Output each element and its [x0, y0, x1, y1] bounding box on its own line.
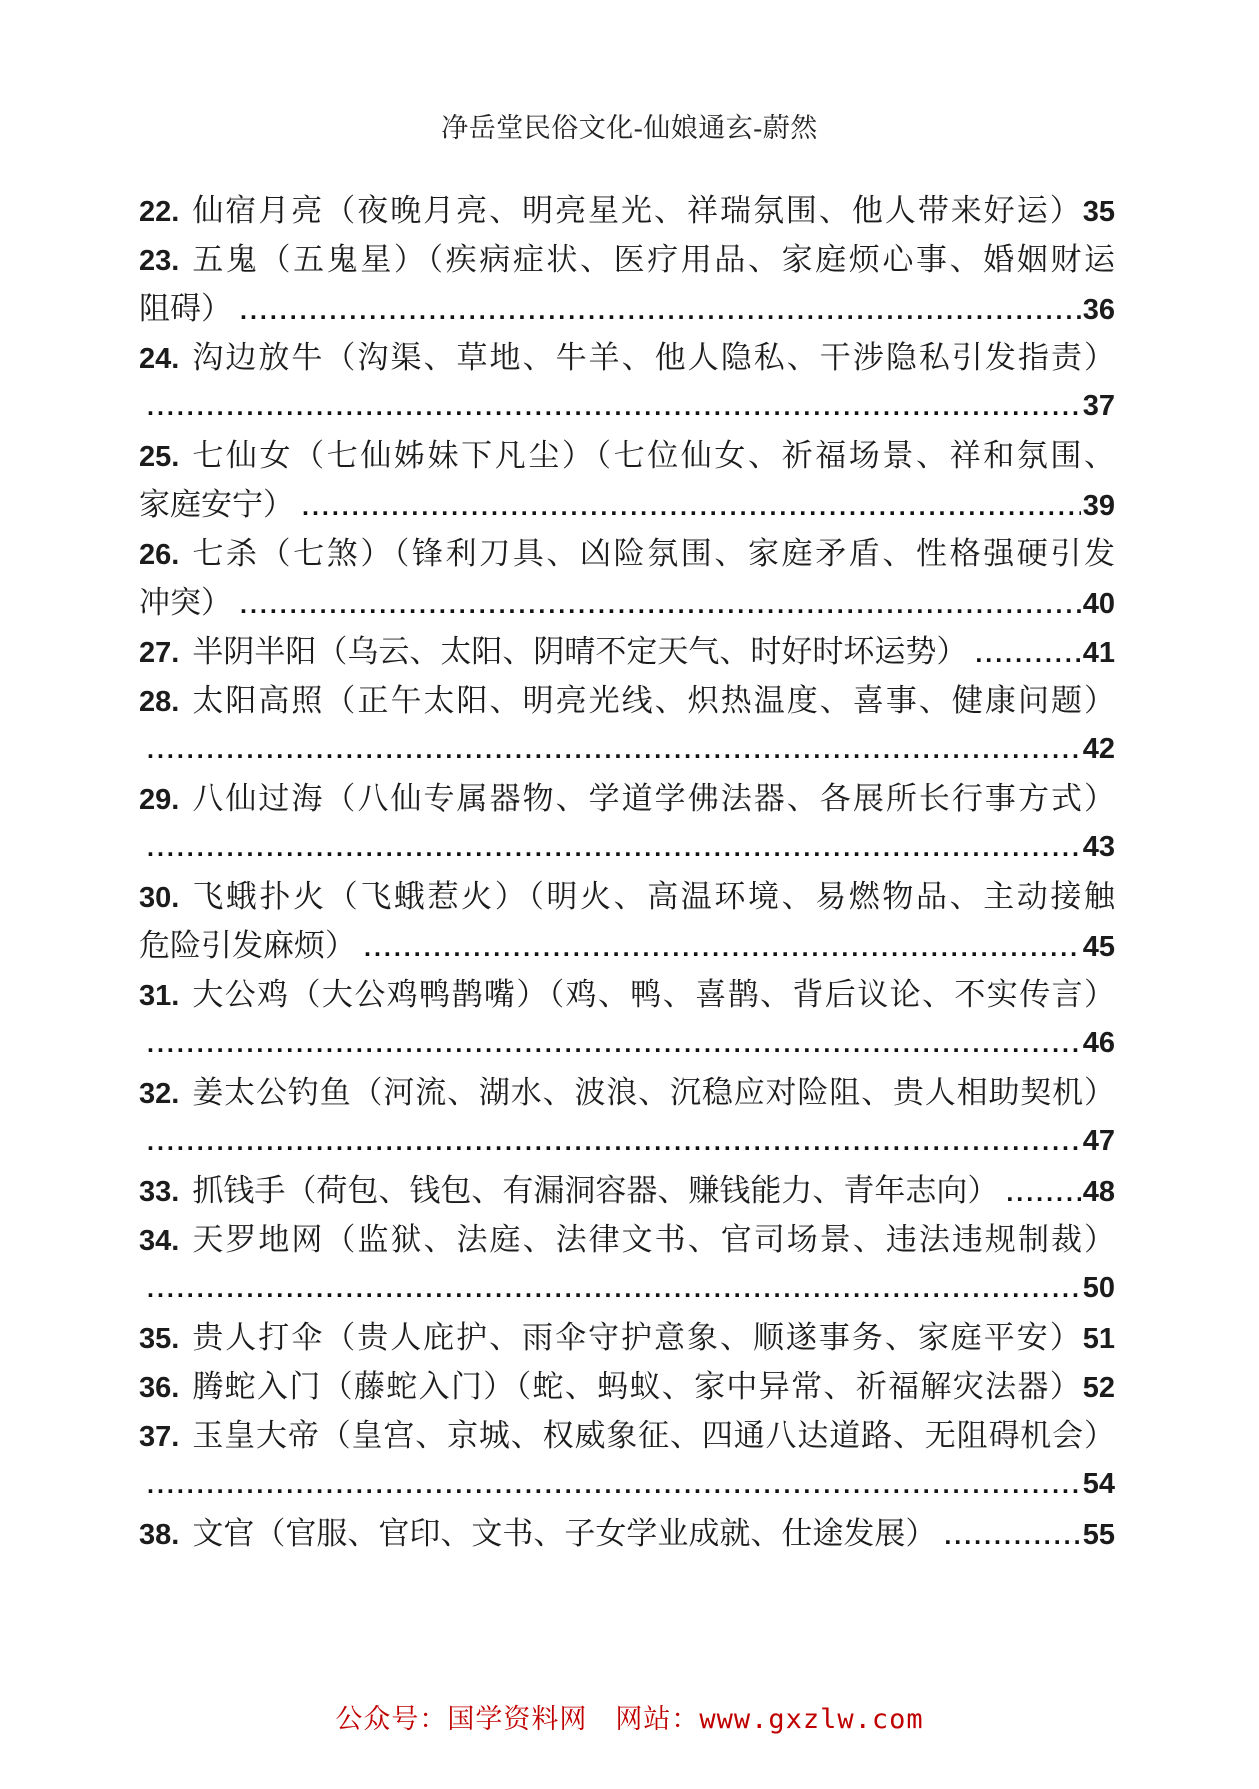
- toc-entry-title: 阻碍）: [139, 284, 232, 333]
- dot-leader: ........................................…: [139, 1265, 1081, 1314]
- toc-entry-number: 24.: [139, 335, 179, 384]
- toc-entry-title: 七杀（七煞）（锋利刀具、凶险氛围、家庭矛盾、性格强硬引发: [192, 529, 1115, 578]
- toc-page-number: 55: [1083, 1511, 1115, 1560]
- toc-line: 24. 沟边放牛（沟渠、草地、牛羊、他人隐私、干涉隐私引发指责）: [139, 333, 1115, 382]
- toc-entry-number: 33.: [139, 1168, 179, 1217]
- toc-entry-title: 冲突）: [139, 578, 232, 627]
- toc-entry-number: 31.: [139, 972, 179, 1021]
- toc-entry-title: 五鬼（五鬼星）（疾病症状、医疗用品、家庭烦心事、婚姻财运: [192, 235, 1115, 284]
- toc-line: 冲突） ....................................…: [139, 578, 1115, 627]
- toc-page-number: 48: [1083, 1168, 1115, 1217]
- toc-entry-number: 25.: [139, 433, 179, 482]
- toc-line: 35. 贵人打伞（贵人庇护、雨伞守护意象、顺遂事务、家庭平安） 51: [139, 1313, 1115, 1362]
- dot-leader: ........................................…: [139, 1118, 1081, 1167]
- toc-entry-title: 仙宿月亮（夜晚月亮、明亮星光、祥瑞氛围、他人带来好运）: [192, 186, 1080, 235]
- toc-line: ........................................…: [139, 382, 1115, 431]
- toc-entry-number: 27.: [139, 629, 179, 678]
- toc-line: 27. 半阴半阳（乌云、太阳、阴晴不定天气、时好时坏运势） ..........…: [139, 627, 1115, 676]
- toc-line: 34. 天罗地网（监狱、法庭、法律文书、官司场景、违法违规制裁）: [139, 1215, 1115, 1264]
- toc-line: ........................................…: [139, 1460, 1115, 1509]
- toc-entry-title: 大公鸡（大公鸡鸭鹊嘴）（鸡、鸭、喜鹊、背后议论、不实传言）: [192, 970, 1115, 1019]
- dot-leader: ........................................…: [232, 581, 1081, 630]
- toc-entry-title: 八仙过海（八仙专属器物、学道学佛法器、各展所长行事方式）: [192, 774, 1115, 823]
- dot-leader: ........................................…: [998, 1169, 1080, 1218]
- toc-page-number: 43: [1083, 823, 1115, 872]
- toc-entry-number: 23.: [139, 237, 179, 286]
- toc-entry-title: 姜太公钓鱼（河流、湖水、波浪、沉稳应对险阻、贵人相助契机）: [192, 1068, 1115, 1117]
- toc-line: ........................................…: [139, 725, 1115, 774]
- toc-line: 31. 大公鸡（大公鸡鸭鹊嘴）（鸡、鸭、喜鹊、背后议论、不实传言）: [139, 970, 1115, 1019]
- dot-leader: ........................................…: [139, 383, 1081, 432]
- toc-page-number: 46: [1083, 1019, 1115, 1068]
- toc-page-number: 51: [1083, 1315, 1115, 1364]
- toc-entry-title: 腾蛇入门（藤蛇入门）（蛇、蚂蚁、家中异常、祈福解灾法器）: [192, 1362, 1080, 1411]
- toc-entry-title: 危险引发麻烦）: [139, 921, 356, 970]
- dot-leader: ........................................…: [356, 924, 1081, 973]
- toc-entry-title: 抓钱手（荷包、钱包、有漏洞容器、赚钱能力、青年志向）: [192, 1166, 998, 1215]
- toc-line: 26. 七杀（七煞）（锋利刀具、凶险氛围、家庭矛盾、性格强硬引发: [139, 529, 1115, 578]
- toc-entry-number: 22.: [139, 188, 179, 237]
- toc-entry-number: 30.: [139, 874, 179, 923]
- toc-entry-title: 天罗地网（监狱、法庭、法律文书、官司场景、违法违规制裁）: [192, 1215, 1115, 1264]
- dot-leader: ........................................…: [139, 726, 1081, 775]
- toc-entry-title: 家庭安宁）: [139, 480, 294, 529]
- dot-leader: ........................................…: [967, 630, 1080, 679]
- toc-line: ........................................…: [139, 1019, 1115, 1068]
- dot-leader: ........................................…: [139, 824, 1081, 873]
- toc-line: 33. 抓钱手（荷包、钱包、有漏洞容器、赚钱能力、青年志向） .........…: [139, 1166, 1115, 1215]
- toc-line: 36. 腾蛇入门（藤蛇入门）（蛇、蚂蚁、家中异常、祈福解灾法器） 52: [139, 1362, 1115, 1411]
- toc-page-number: 40: [1083, 580, 1115, 629]
- toc-line: 38. 文官（官服、官印、文书、子女学业成就、仕途发展） ...........…: [139, 1509, 1115, 1558]
- footer-watermark: 公众号：国学资料网 网站：www.gxzlw.com: [0, 1697, 1259, 1736]
- toc-entry-number: 29.: [139, 776, 179, 825]
- toc-entry-title: 文官（官服、官印、文书、子女学业成就、仕途发展）: [192, 1509, 936, 1558]
- toc-entry-number: 36.: [139, 1364, 179, 1413]
- dot-leader: ........................................…: [232, 287, 1081, 336]
- toc-line: 32. 姜太公钓鱼（河流、湖水、波浪、沉稳应对险阻、贵人相助契机）: [139, 1068, 1115, 1117]
- toc-entry-title: 玉皇大帝（皇宫、京城、权威象征、四通八达道路、无阻碍机会）: [192, 1411, 1115, 1460]
- toc-entry-number: 28.: [139, 678, 179, 727]
- toc-page-number: 41: [1083, 629, 1115, 678]
- toc-page-number: 50: [1083, 1264, 1115, 1313]
- toc-line: ........................................…: [139, 1264, 1115, 1313]
- toc-entry-number: 38.: [139, 1511, 179, 1560]
- toc-line: 37. 玉皇大帝（皇宫、京城、权威象征、四通八达道路、无阻碍机会）: [139, 1411, 1115, 1460]
- toc-page-number: 47: [1083, 1117, 1115, 1166]
- toc-entry-title: 七仙女（七仙姊妹下凡尘）（七位仙女、祈福场景、祥和氛围、: [192, 431, 1115, 480]
- toc-page-number: 54: [1083, 1460, 1115, 1509]
- toc-line: ........................................…: [139, 823, 1115, 872]
- toc-line: 危险引发麻烦） ................................…: [139, 921, 1115, 970]
- toc-entry-number: 26.: [139, 531, 179, 580]
- toc-entry-number: 34.: [139, 1217, 179, 1266]
- toc-page-number: 42: [1083, 725, 1115, 774]
- toc-page-number: 39: [1083, 482, 1115, 531]
- dot-leader: ........................................…: [139, 1020, 1081, 1069]
- page-title: 净岳堂民俗文化-仙娘通玄-蔚然: [0, 106, 1259, 145]
- toc-line: 28. 太阳高照（正午太阳、明亮光线、炽热温度、喜事、健康问题）: [139, 676, 1115, 725]
- toc-page-number: 52: [1083, 1364, 1115, 1413]
- toc-line: 30. 飞蛾扑火（飞蛾惹火）（明火、高温环境、易燃物品、主动接触: [139, 872, 1115, 921]
- toc-page-number: 35: [1083, 188, 1115, 237]
- toc-page-number: 37: [1083, 382, 1115, 431]
- toc-entry-title: 半阴半阳（乌云、太阳、阴晴不定天气、时好时坏运势）: [192, 627, 967, 676]
- toc-entry-number: 37.: [139, 1413, 179, 1462]
- toc-line: 25. 七仙女（七仙姊妹下凡尘）（七位仙女、祈福场景、祥和氛围、: [139, 431, 1115, 480]
- toc-line: 22. 仙宿月亮（夜晚月亮、明亮星光、祥瑞氛围、他人带来好运） 35: [139, 186, 1115, 235]
- toc-line: 23. 五鬼（五鬼星）（疾病症状、医疗用品、家庭烦心事、婚姻财运: [139, 235, 1115, 284]
- dot-leader: ........................................…: [294, 483, 1081, 532]
- toc-line: 阻碍） ....................................…: [139, 284, 1115, 333]
- toc-entry-title: 太阳高照（正午太阳、明亮光线、炽热温度、喜事、健康问题）: [192, 676, 1115, 725]
- toc-entry-title: 飞蛾扑火（飞蛾惹火）（明火、高温环境、易燃物品、主动接触: [192, 872, 1115, 921]
- toc-page-number: 45: [1083, 923, 1115, 972]
- toc-line: 29. 八仙过海（八仙专属器物、学道学佛法器、各展所长行事方式）: [139, 774, 1115, 823]
- dot-leader: ........................................…: [936, 1512, 1080, 1561]
- toc-entry-number: 35.: [139, 1315, 179, 1364]
- toc-entry-number: 32.: [139, 1070, 179, 1119]
- toc-line: ........................................…: [139, 1117, 1115, 1166]
- toc-line: 家庭安宁） ..................................…: [139, 480, 1115, 529]
- table-of-contents: 22. 仙宿月亮（夜晚月亮、明亮星光、祥瑞氛围、他人带来好运） 35 23. 五…: [139, 186, 1115, 1558]
- dot-leader: ........................................…: [139, 1461, 1081, 1510]
- toc-entry-title: 贵人打伞（贵人庇护、雨伞守护意象、顺遂事务、家庭平安）: [192, 1313, 1080, 1362]
- toc-entry-title: 沟边放牛（沟渠、草地、牛羊、他人隐私、干涉隐私引发指责）: [192, 333, 1115, 382]
- toc-page-number: 36: [1083, 286, 1115, 335]
